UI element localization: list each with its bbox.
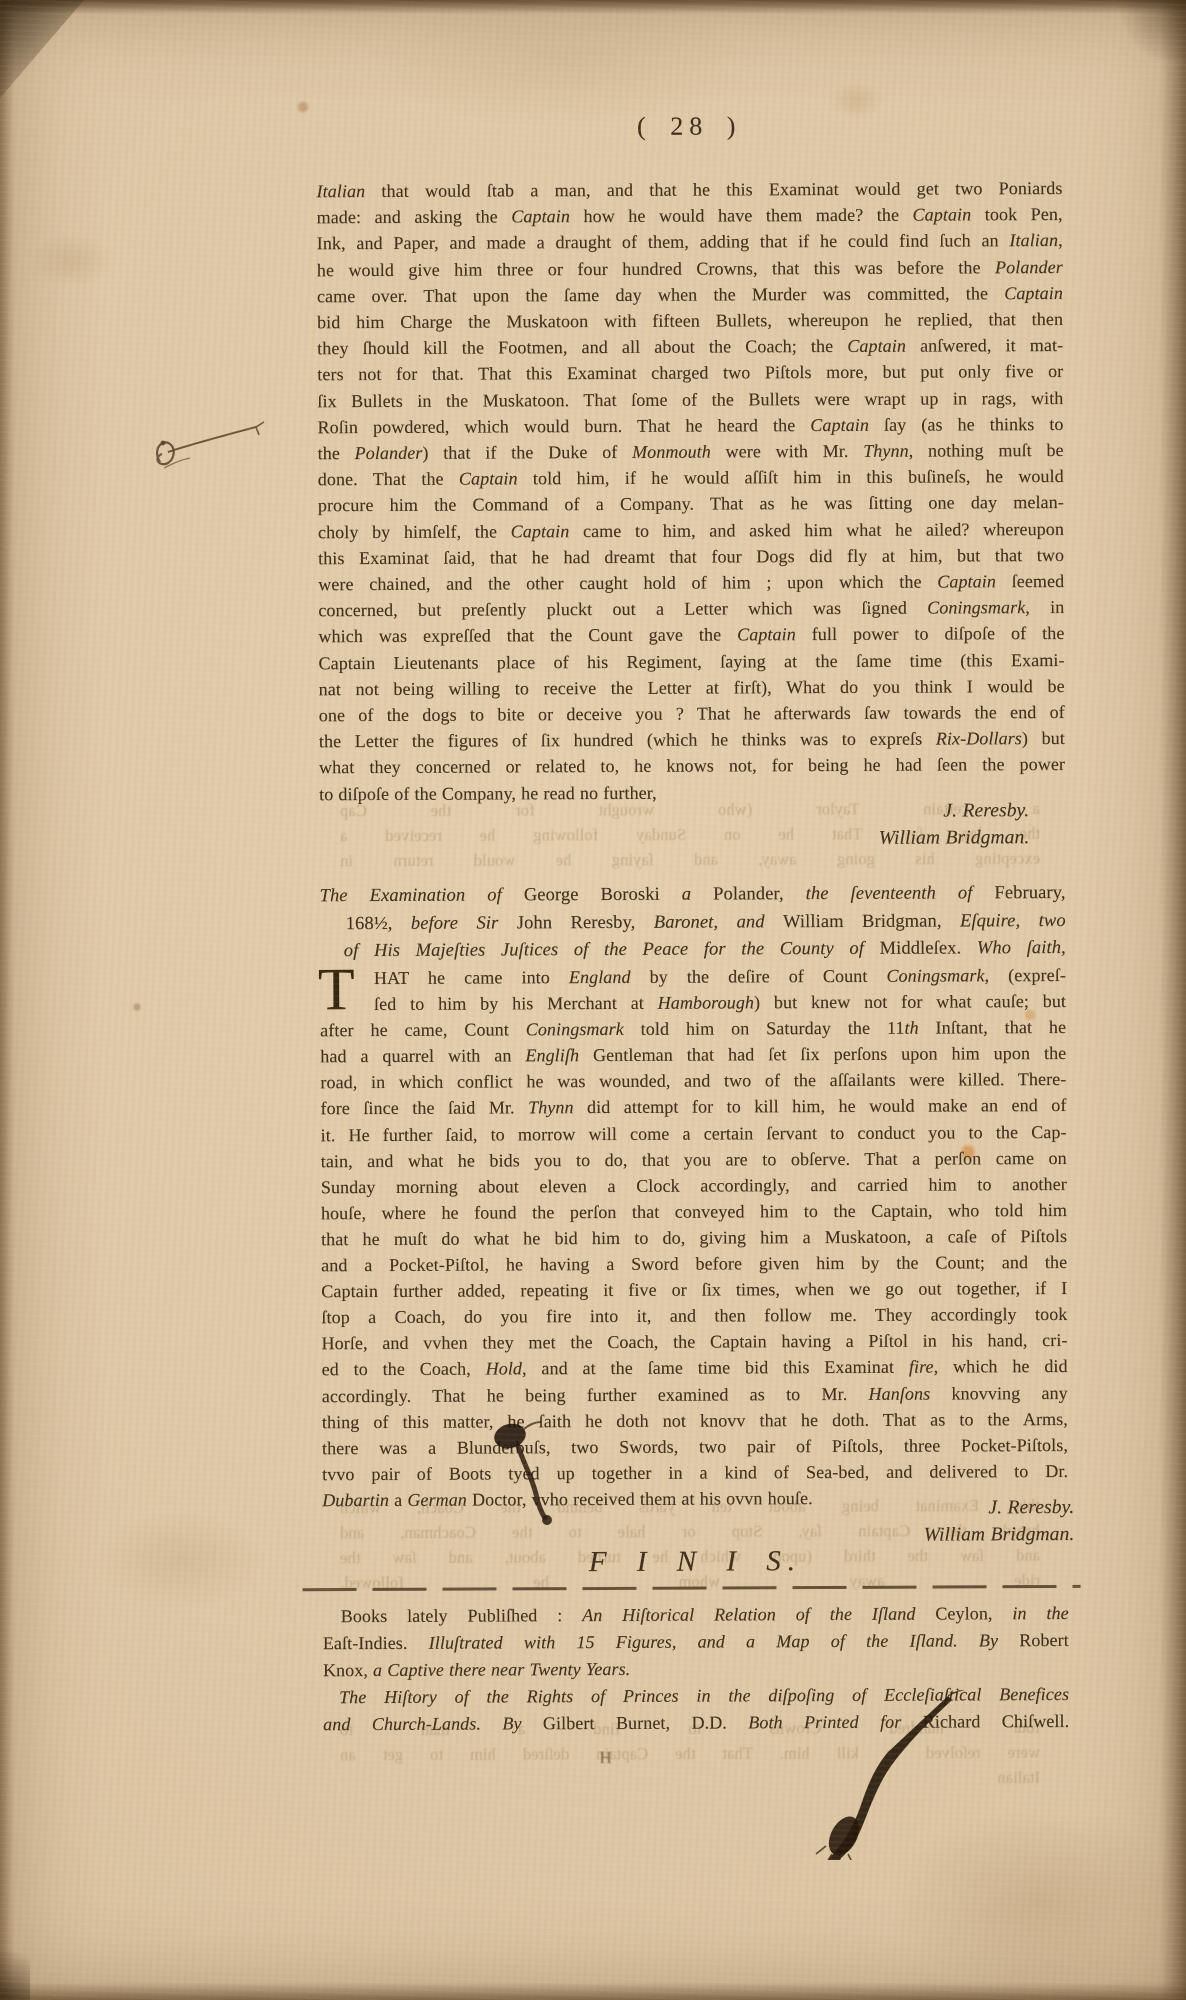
text-line: choly by himſelf, the Captain came to hi… [318,516,1064,545]
text-line: what they concerned or related to, he kn… [319,751,1065,780]
text-line: and a Pocket-Piſtol, he having a Sword b… [321,1249,1067,1278]
text-line: Italian that would ſtab a man, and that … [316,175,1062,204]
text-line: fore ſince the ſaid Mr. Thynn did attemp… [320,1092,1066,1121]
text-line: tain, and what he bids you to do, that y… [321,1145,1067,1174]
text-line: ſed to him by his Merchant at Hamborough… [320,988,1066,1017]
printed-text-layer: ( 28 ) Italian that would ſtab a man, an… [0,0,1186,2000]
text-line: Ink, and Paper, and made a draught of th… [317,227,1063,256]
text-line: they ſhould kill the Footmen, and all ab… [317,332,1063,361]
text-line: J. Reresby. [319,797,1029,827]
page-number: ( 28 ) [316,110,1062,143]
text-line: houſe, where he found the perſon that co… [321,1197,1067,1226]
text-line: William Bridgman. [319,824,1029,854]
text-line: were chained, and the other caught hold … [318,568,1064,597]
text-line: Captain Lieutenants place of his Regimen… [318,647,1064,676]
text-line: the Letter the figures of ſix hundred (w… [319,725,1065,754]
text-line: nat not being willing to receive the Let… [319,673,1065,702]
text-line: procure him the Command of a Company. Th… [318,489,1064,518]
text-line: concerned, but preſently pluckt out a Le… [318,594,1064,623]
text-line: thing of this matter, he ſaith he doth n… [322,1406,1068,1435]
scanned-pamphlet-page: { "page": { "number_display": "( 28 )", … [0,0,1186,2000]
text-line: which was expreſſed that the Count gave … [318,620,1064,649]
text-line: J. Reresby. [322,1494,1074,1524]
text-line: HAT he came into England by the deſire o… [320,962,1066,991]
text-line: Sunday morning about eleven a Clock acco… [321,1171,1067,1200]
finis-label: F I N I S. [322,1544,1068,1580]
text-line: ters not for that. That this Examinat ch… [317,358,1063,387]
gathering-mark: H [599,1748,611,1768]
text-line: it. He further ſaid, to morrow will come… [321,1118,1067,1147]
text-line: ſtop a Coach, do you fire into it, and t… [321,1301,1067,1330]
examination-2-paragraph: HAT he came into England by the deſire o… [320,962,1068,1513]
text-line: there was a Blunderbuſs, two Swords, two… [322,1432,1068,1461]
signature-block-2: J. Reresby.William Bridgman. [322,1494,1074,1551]
text-line: came over. That upon the ſame day when t… [317,280,1063,309]
text-line: after he came, Count Coningsmark told hi… [320,1014,1066,1043]
examination-1-paragraph: Italian that would ſtab a man, and that … [316,175,1065,807]
text-line: one of the dogs to bite or deceive you ?… [319,699,1065,728]
text-line: he would give him three or four hundred … [317,254,1063,283]
ink-smudge-large [800,1690,980,1860]
section-rule [303,1585,1081,1591]
text-line: Roſin powdered, which would burn. That h… [317,411,1063,440]
text-line: this Examinat ſaid, that he had dreamt t… [318,542,1064,571]
examination-2-heading: The Examination of George Boroski a Pola… [319,880,1065,966]
text-line: bid him Charge the Muskatoon with fiftee… [317,306,1063,335]
text-line: Eaſt-Indies. Illuſtrated with 15 Figures… [323,1627,1069,1657]
text-line: tvvo pair of Boots tyed up together in a… [322,1458,1068,1487]
text-line: accordingly. That he being further exami… [322,1379,1068,1408]
ink-blot-small [488,1420,568,1530]
signature-block-1: J. Reresby.William Bridgman. [319,797,1029,854]
text-line: Captain further added, repeating it five… [321,1275,1067,1304]
text-line: had a quarrel with an Engliſh Gentleman … [320,1040,1066,1069]
text-line: ed to the Coach, Hold, and at the ſame t… [322,1353,1068,1382]
text-line: The Examination of George Boroski a Pola… [319,880,1065,911]
text-line: made: and asking the Captain how he woul… [317,201,1063,230]
text-line: road, in which conflict he was wounded, … [320,1066,1066,1095]
text-line: that he muſt do what he bid him to do, g… [321,1223,1067,1252]
text-line: Horſe, and vvhen they met the Coach, the… [321,1327,1067,1356]
text-line: done. That the Captain told him, if he w… [318,463,1064,492]
text-line: ſix Bullets in the Muskatoon. That ſome … [317,385,1063,414]
text-line: of His Majeſties Juſtices of the Peace f… [320,935,1066,966]
text-line: the Polander) that if the Duke of Monmou… [318,437,1064,466]
manicule-doodle [150,414,270,478]
text-line: Books lately Publiſhed : An Hiſtorical R… [323,1600,1069,1630]
text-line: Knox, a Captive there near Twenty Years. [323,1654,1069,1684]
text-line: 168½, before Sir John Reresby, Baronet, … [320,907,1066,938]
